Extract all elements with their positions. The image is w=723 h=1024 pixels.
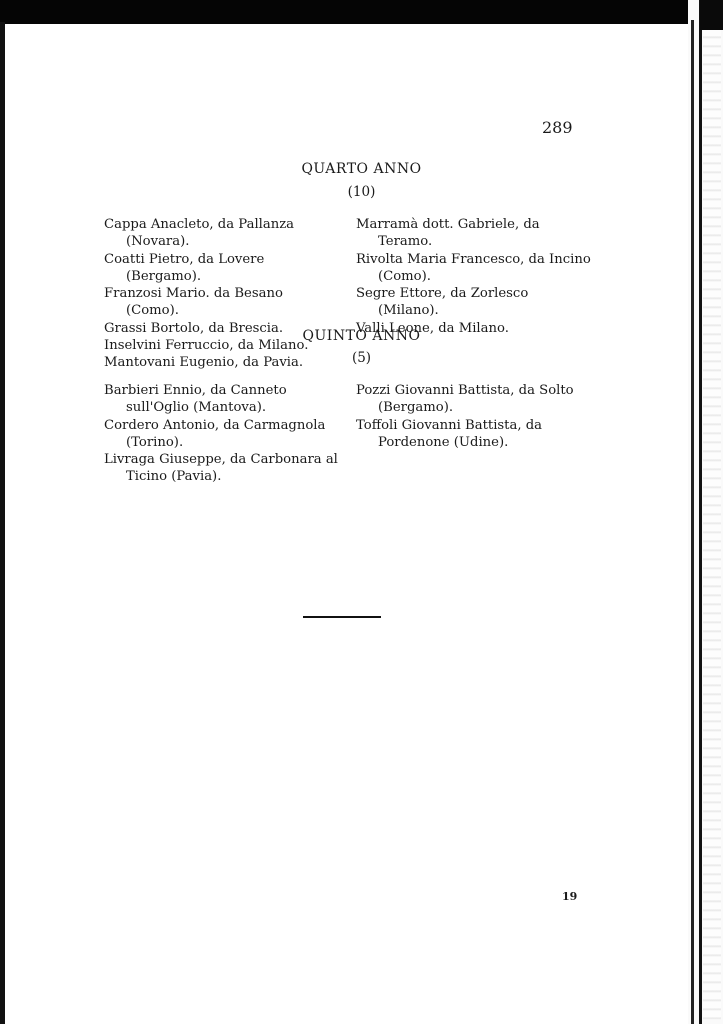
section-heading: QUARTO ANNO bbox=[0, 161, 723, 177]
list-item: Barbieri Ennio, da Canneto sull'Oglio (M… bbox=[104, 382, 340, 417]
binding-line bbox=[699, 0, 702, 1024]
student-list-right: Marramà dott. Gabriele, da Teramo. Rivol… bbox=[356, 216, 592, 337]
list-item: Livraga Giuseppe, da Carbonara al Ticino… bbox=[104, 451, 340, 486]
page-number: 289 bbox=[542, 118, 573, 137]
student-list-left: Barbieri Ennio, da Canneto sull'Oglio (M… bbox=[104, 382, 340, 486]
binding-speckle bbox=[703, 30, 721, 1020]
closing-rule bbox=[303, 616, 381, 618]
list-item: Pozzi Giovanni Battista, da Solto (Berga… bbox=[356, 382, 592, 417]
signature-mark: 19 bbox=[562, 890, 577, 903]
list-item: Segre Ettore, da Zorlesco (Milano). bbox=[356, 285, 592, 320]
scan-top-border bbox=[0, 0, 723, 24]
list-item: Rivolta Maria Francesco, da Incino (Como… bbox=[356, 251, 592, 286]
section-count: (10) bbox=[0, 184, 723, 200]
list-item: Cordero Antonio, da Carmagnola (Torino). bbox=[104, 417, 340, 452]
section-heading: QUINTO ANNO bbox=[0, 328, 723, 344]
student-list-right: Pozzi Giovanni Battista, da Solto (Berga… bbox=[356, 382, 592, 451]
list-item: Cappa Anacleto, da Pallanza (Novara). bbox=[104, 216, 340, 251]
list-item: Marramà dott. Gabriele, da Teramo. bbox=[356, 216, 592, 251]
section-count: (5) bbox=[0, 350, 723, 366]
list-item: Coatti Pietro, da Lovere (Bergamo). bbox=[104, 251, 340, 286]
list-item: Franzosi Mario. da Besano (Como). bbox=[104, 285, 340, 320]
scan-corner bbox=[700, 0, 723, 30]
student-list-left: Cappa Anacleto, da Pallanza (Novara). Co… bbox=[104, 216, 340, 372]
list-item: Toffoli Giovanni Battista, da Pordenone … bbox=[356, 417, 592, 452]
